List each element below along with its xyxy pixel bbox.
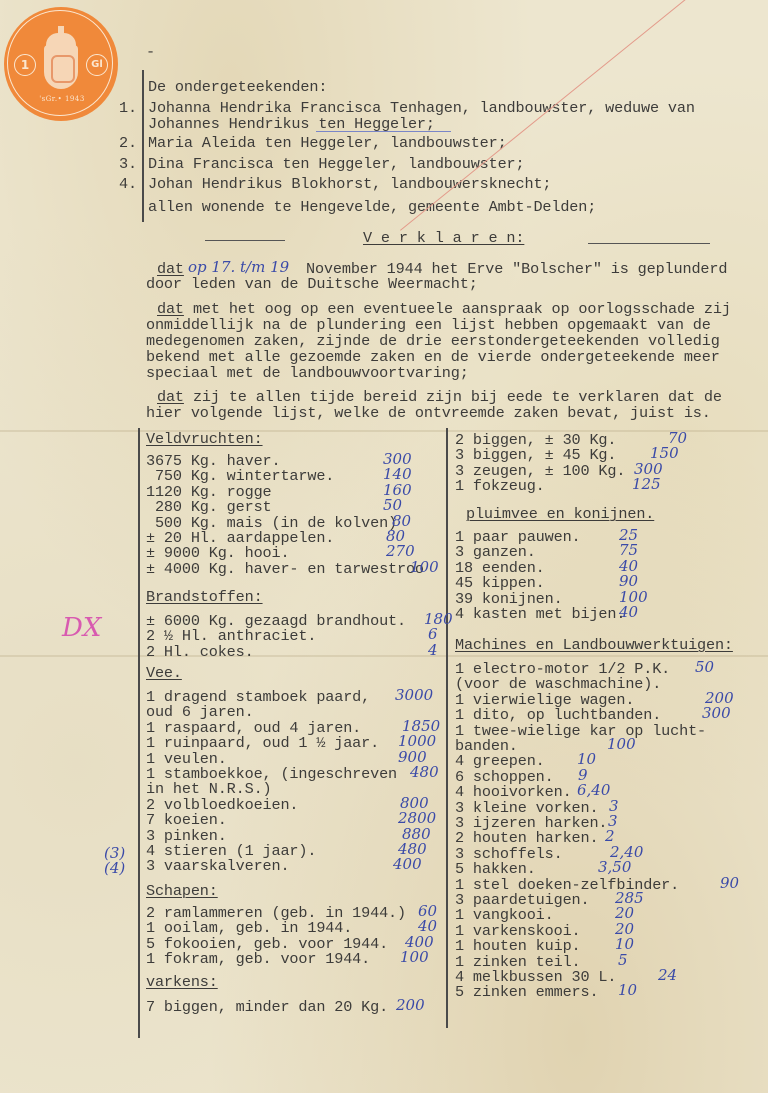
handwritten-value: 90: [720, 874, 739, 892]
center-column-rule: [446, 428, 448, 1028]
section-heading: varkens:: [146, 975, 218, 991]
list-item: 4 kasten met bijen.: [455, 607, 625, 623]
section-heading: Vee.: [146, 666, 182, 682]
section-heading: Schapen:: [146, 884, 218, 900]
person-number: 2.: [119, 136, 137, 152]
handwritten-value: 100: [410, 558, 439, 576]
handwritten-value: 50: [695, 658, 714, 676]
title-rule-right: [588, 243, 710, 244]
handwritten-value: 5: [618, 951, 628, 969]
margin-note: (4): [104, 859, 125, 877]
margin-rule: [142, 70, 144, 222]
handwritten-value: 100: [400, 948, 429, 966]
revenue-stamp: 1 Gl 'sGr.• 1943: [4, 7, 118, 121]
section-heading: pluimvee en konijnen.: [466, 507, 654, 523]
left-column-rule: [138, 428, 140, 1038]
list-item: 1 fokram, geb. voor 1944.: [146, 952, 370, 968]
list-item: 2 Hl. cokes.: [146, 645, 254, 661]
handwritten-value: 3,50: [598, 858, 631, 876]
handwritten-value: 480: [410, 763, 439, 781]
title-rule-left: [205, 240, 285, 241]
handwritten-value: 300: [702, 704, 731, 722]
residence: allen wonende te Hengevelde, gemeente Am…: [148, 200, 596, 216]
section-heading: Brandstoffen:: [146, 590, 263, 606]
section-heading: Veldvruchten:: [146, 432, 263, 448]
handwritten-value: 200: [396, 996, 425, 1014]
handwritten-value: 100: [607, 735, 636, 753]
handwritten-value: 6,40: [577, 781, 610, 799]
stamp-footer: 'sGr.• 1943: [32, 95, 92, 103]
margin-mark: DX: [62, 613, 101, 643]
document-title: V e r k l a r e n:: [363, 231, 524, 247]
handwritten-value: 4: [428, 641, 438, 659]
stamp-denomination-left: 1: [14, 54, 36, 76]
handwritten-dates: op 17. t/m 19: [188, 258, 289, 276]
handwritten-value: 3000: [395, 686, 433, 704]
person-number: 3.: [119, 157, 137, 173]
paper-fold: [0, 430, 768, 432]
paragraph-3-line: hier volgende lijst, welke de ontvreemde…: [146, 406, 711, 422]
handwritten-value: 40: [619, 603, 638, 621]
list-item: 7 biggen, minder dan 20 Kg.: [146, 1000, 388, 1016]
person-4: Johan Hendrikus Blokhorst, landbouwerskn…: [148, 177, 551, 193]
list-item: 3 vaarskalveren.: [146, 859, 289, 875]
lion-icon: [51, 55, 75, 83]
handwritten-value: 24: [658, 966, 677, 984]
list-item: 1 fokzeug.: [455, 479, 545, 495]
section-heading: Machines en Landbouwwerktuigen:: [455, 638, 733, 654]
person-number: 4.: [119, 177, 137, 193]
paragraph-2-line: speciaal met de landbouwvoortvaring;: [146, 366, 469, 382]
person-number: 1.: [119, 101, 137, 117]
handwritten-value: 10: [618, 981, 637, 999]
underline-mark: [316, 131, 451, 132]
list-item: 5 zinken emmers.: [455, 985, 598, 1001]
handwritten-value: 125: [632, 475, 661, 493]
person-3: Dina Francisca ten Heggeler, landbouwste…: [148, 157, 525, 173]
stamp-denomination-right: Gl: [86, 54, 108, 76]
list-item: ± 4000 Kg. haver- en tarwestroo: [146, 562, 424, 578]
paragraph-1-line: door leden van de Duitsche Weermacht;: [146, 277, 478, 293]
handwritten-value: 400: [393, 855, 422, 873]
person-2: Maria Aleida ten Heggeler, landbouwster;: [148, 136, 507, 152]
paper-fold: [0, 655, 768, 657]
intro-text: De ondergeteekenden:: [148, 80, 327, 96]
